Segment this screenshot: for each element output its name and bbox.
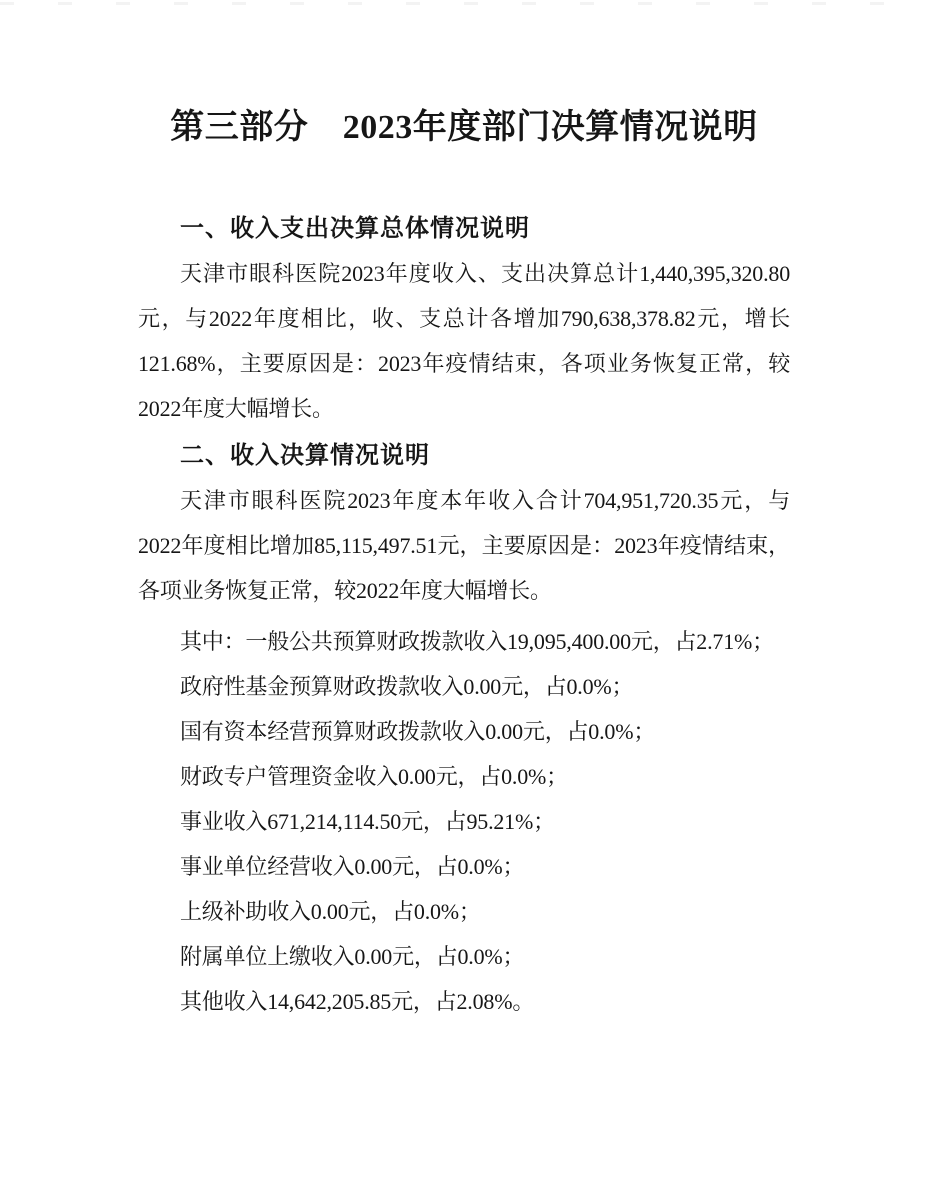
list-item: 事业单位经营收入0.00元，占0.0%； xyxy=(138,844,790,889)
list-item: 其他收入14,642,205.85元，占2.08%。 xyxy=(138,979,790,1024)
list-item: 财政专户管理资金收入0.00元，占0.0%； xyxy=(138,754,790,799)
paragraph-line: 2022年度大幅增长。 xyxy=(138,386,790,431)
document-page: 第三部分 2023年度部门决算情况说明 一、收入支出决算总体情况说明 天津市眼科… xyxy=(0,0,927,1200)
list-item: 事业收入671,214,114.50元，占95.21%； xyxy=(138,799,790,844)
scan-artifact xyxy=(0,2,927,5)
paragraph-line: 各项业务恢复正常，较2022年度大幅增长。 xyxy=(138,568,790,613)
paragraph-line: 121.68%，主要原因是：2023年疫情结束，各项业务恢复正常，较 xyxy=(138,341,790,386)
list-item: 政府性基金预算财政拨款收入0.00元，占0.0%； xyxy=(138,664,790,709)
section-1-heading: 一、收入支出决算总体情况说明 xyxy=(138,206,790,251)
list-item: 上级补助收入0.00元，占0.0%； xyxy=(138,889,790,934)
section-1-paragraph: 天津市眼科医院2023年度收入、支出决算总计1,440,395,320.80 元… xyxy=(138,251,790,431)
section-2-heading: 二、收入决算情况说明 xyxy=(138,433,790,478)
list-item: 国有资本经营预算财政拨款收入0.00元，占0.0%； xyxy=(138,709,790,754)
income-breakdown-list: 其中：一般公共预算财政拨款收入19,095,400.00元，占2.71%； 政府… xyxy=(138,619,790,1024)
section-2-paragraph: 天津市眼科医院2023年度本年收入合计704,951,720.35元，与 202… xyxy=(138,478,790,613)
paragraph-line: 2022年度相比增加85,115,497.51元，主要原因是：2023年疫情结束… xyxy=(138,523,790,568)
document-title: 第三部分 2023年度部门决算情况说明 xyxy=(138,104,790,152)
paragraph-line: 天津市眼科医院2023年度本年收入合计704,951,720.35元，与 xyxy=(138,478,790,523)
paragraph-line: 元，与2022年度相比，收、支总计各增加790,638,378.82元，增长 xyxy=(138,296,790,341)
list-item: 其中：一般公共预算财政拨款收入19,095,400.00元，占2.71%； xyxy=(138,619,790,664)
list-item: 附属单位上缴收入0.00元，占0.0%； xyxy=(138,934,790,979)
paragraph-line: 天津市眼科医院2023年度收入、支出决算总计1,440,395,320.80 xyxy=(138,251,790,296)
